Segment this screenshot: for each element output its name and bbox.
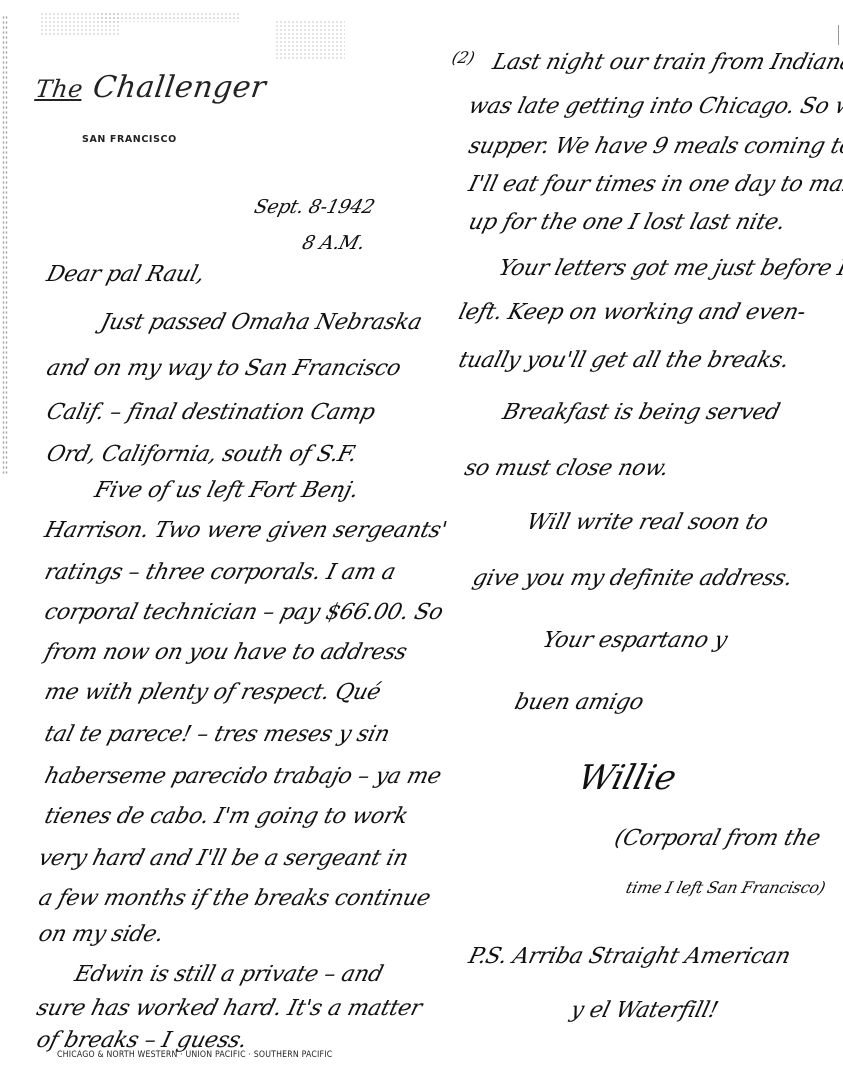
letter-line: tal te parece! – tres meses y sin xyxy=(42,722,392,747)
letter-line: Will write real soon to xyxy=(524,510,771,535)
letter-line: Edwin is still a private – and xyxy=(72,962,385,987)
letter-line: Calif. – final destination Camp xyxy=(44,400,378,425)
scan-edge xyxy=(838,25,839,45)
letter-line: Your letters got me just before I xyxy=(496,256,843,281)
letterhead-title-prefix: The xyxy=(34,75,85,103)
letterhead-title: The Challenger xyxy=(34,70,269,105)
signature-note: (Corporal from the xyxy=(612,826,823,851)
letter-line: on my side. xyxy=(36,922,166,947)
letter-line: Breakfast is being served xyxy=(500,400,782,425)
letter-line: was late getting into Chicago. So we mis… xyxy=(466,94,843,119)
letter-time: 8 A.M. xyxy=(300,232,367,254)
letter-line: Harrison. Two were given sergeants' xyxy=(42,518,449,543)
letter-line: sure has worked hard. It's a matter xyxy=(34,996,424,1021)
scan-artifact xyxy=(275,20,345,60)
letter-line: haberseme parecido trabajo – ya me xyxy=(42,764,444,789)
postscript-line: y el Waterfill! xyxy=(568,998,720,1023)
letter-line: and on my way to San Francisco xyxy=(44,356,403,381)
letter-line: Just passed Omaha Nebraska xyxy=(98,310,424,335)
signature-note: time I left San Francisco) xyxy=(624,878,827,897)
page-number: (2) xyxy=(450,48,477,67)
letter-line: left. Keep on working and even- xyxy=(456,300,808,325)
letter-line: corporal technician – pay $66.00. So xyxy=(42,600,446,625)
letter-line: very hard and I'll be a sergeant in xyxy=(36,846,411,871)
letter-line: up for the one I lost last nite. xyxy=(466,210,788,235)
letter-line: a few months if the breaks continue xyxy=(36,886,433,911)
letter-line: tually you'll get all the breaks. xyxy=(456,348,791,373)
letter-line: so must close now. xyxy=(462,456,671,481)
letterhead-city: SAN FRANCISCO xyxy=(82,134,177,145)
signature: Willie xyxy=(574,758,680,798)
letter-line: I'll eat four times in one day to make xyxy=(466,172,843,197)
letter-line: Five of us left Fort Benj. xyxy=(92,478,361,503)
closing-line: buen amigo xyxy=(512,690,646,715)
letter-line: supper. We have 9 meals coming to us. xyxy=(466,134,843,159)
letter-date: Sept. 8-1942 xyxy=(252,196,377,218)
letter-line: ratings – three corporals. I am a xyxy=(42,560,398,585)
letter-line: give you my definite address. xyxy=(470,566,795,591)
letter-line: Ord, California, south of S.F. xyxy=(44,442,359,467)
letter-line: tienes de cabo. I'm going to work xyxy=(42,804,410,829)
closing-line: Your espartano y xyxy=(540,628,730,653)
letter-line: Last night our train from Indianapolis xyxy=(490,50,843,75)
salutation: Dear pal Raul, xyxy=(44,262,207,287)
letterhead-title-name: Challenger xyxy=(91,70,269,105)
letter-line: me with plenty of respect. Qué xyxy=(42,680,383,705)
letter-line: from now on you have to address xyxy=(42,640,409,665)
letter-page: The Challenger SAN FRANCISCO Sept. 8-194… xyxy=(0,0,843,1089)
scan-edge xyxy=(2,15,8,475)
postscript-line: P.S. Arriba Straight American xyxy=(466,944,793,969)
scan-artifact xyxy=(100,12,240,22)
footer-railroads: CHICAGO & NORTH WESTERN · UNION PACIFIC … xyxy=(57,1050,332,1060)
